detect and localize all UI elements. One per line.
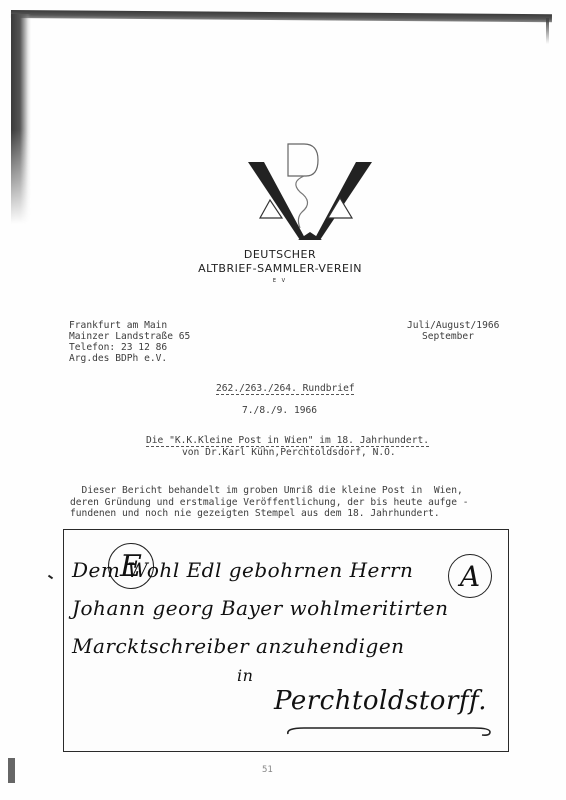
article-paragraph: Dieser Bericht behandelt im groben Umriß… bbox=[70, 485, 469, 520]
document-page: DEUTSCHER ALTBRIEF-SAMMLER-VEREIN E V Fr… bbox=[0, 0, 566, 800]
scan-edge-shadow bbox=[11, 10, 552, 22]
address-block: Frankfurt am Main Mainzer Landstraße 65 … bbox=[69, 320, 190, 364]
postmark-a-icon: A bbox=[448, 554, 492, 598]
issue-months: Juli/August/1966 bbox=[407, 320, 499, 331]
org-suffix: E V bbox=[150, 278, 410, 284]
issue-date: Juli/August/1966September bbox=[407, 320, 499, 342]
handwritten-line: Dem Wohl Edl gebohrnen Herrn bbox=[72, 558, 413, 582]
org-name-line2: ALTBRIEF-SAMMLER-VEREIN bbox=[150, 262, 410, 275]
issue-month-extra: September bbox=[407, 331, 499, 342]
address-line: Arg.des BDPh e.V. bbox=[69, 353, 167, 364]
article-title: Die "K.K.Kleine Post in Wien" im 18. Jah… bbox=[146, 435, 429, 446]
address-line: Mainzer Landstraße 65 bbox=[69, 331, 190, 342]
paragraph-line: Dieser Bericht behandelt im groben Umriß… bbox=[70, 485, 463, 496]
article-author: von Dr.Karl Kühn,Perchtoldsdorf, N.Ö. bbox=[182, 447, 396, 458]
scan-mark bbox=[8, 758, 15, 783]
scan-mark bbox=[48, 575, 53, 580]
page-number: 51 bbox=[262, 765, 273, 775]
scan-edge-shadow bbox=[546, 18, 549, 44]
paragraph-line: fundenen und noch nie gezeigten Stempel … bbox=[70, 508, 440, 519]
address-line: Frankfurt am Main bbox=[69, 320, 167, 331]
handwritten-line: in bbox=[237, 666, 253, 685]
dasv-emblem-icon bbox=[240, 140, 380, 245]
postmark-letter: A bbox=[460, 560, 480, 593]
letter-cover-image: E A Dem Wohl Edl gebohrnen Herrn Johann … bbox=[63, 529, 509, 752]
circular-number: 262./263./264. Rundbrief bbox=[216, 383, 355, 394]
handwritten-line: Johann georg Bayer wohlmeritirten bbox=[72, 596, 449, 620]
org-name-line1: DEUTSCHER bbox=[150, 248, 410, 261]
circular-date: 7./8./9. 1966 bbox=[242, 405, 317, 416]
handwritten-line: Marcktschreiber anzuhendigen bbox=[72, 634, 405, 658]
flourish-underline-icon bbox=[284, 724, 494, 738]
address-line: Telefon: 23 12 86 bbox=[69, 342, 167, 353]
paragraph-line: deren Gründung und erstmalige Veröffentl… bbox=[70, 497, 469, 508]
handwritten-place: Perchtoldstorff. bbox=[274, 686, 487, 716]
scan-edge-shadow bbox=[11, 14, 31, 224]
